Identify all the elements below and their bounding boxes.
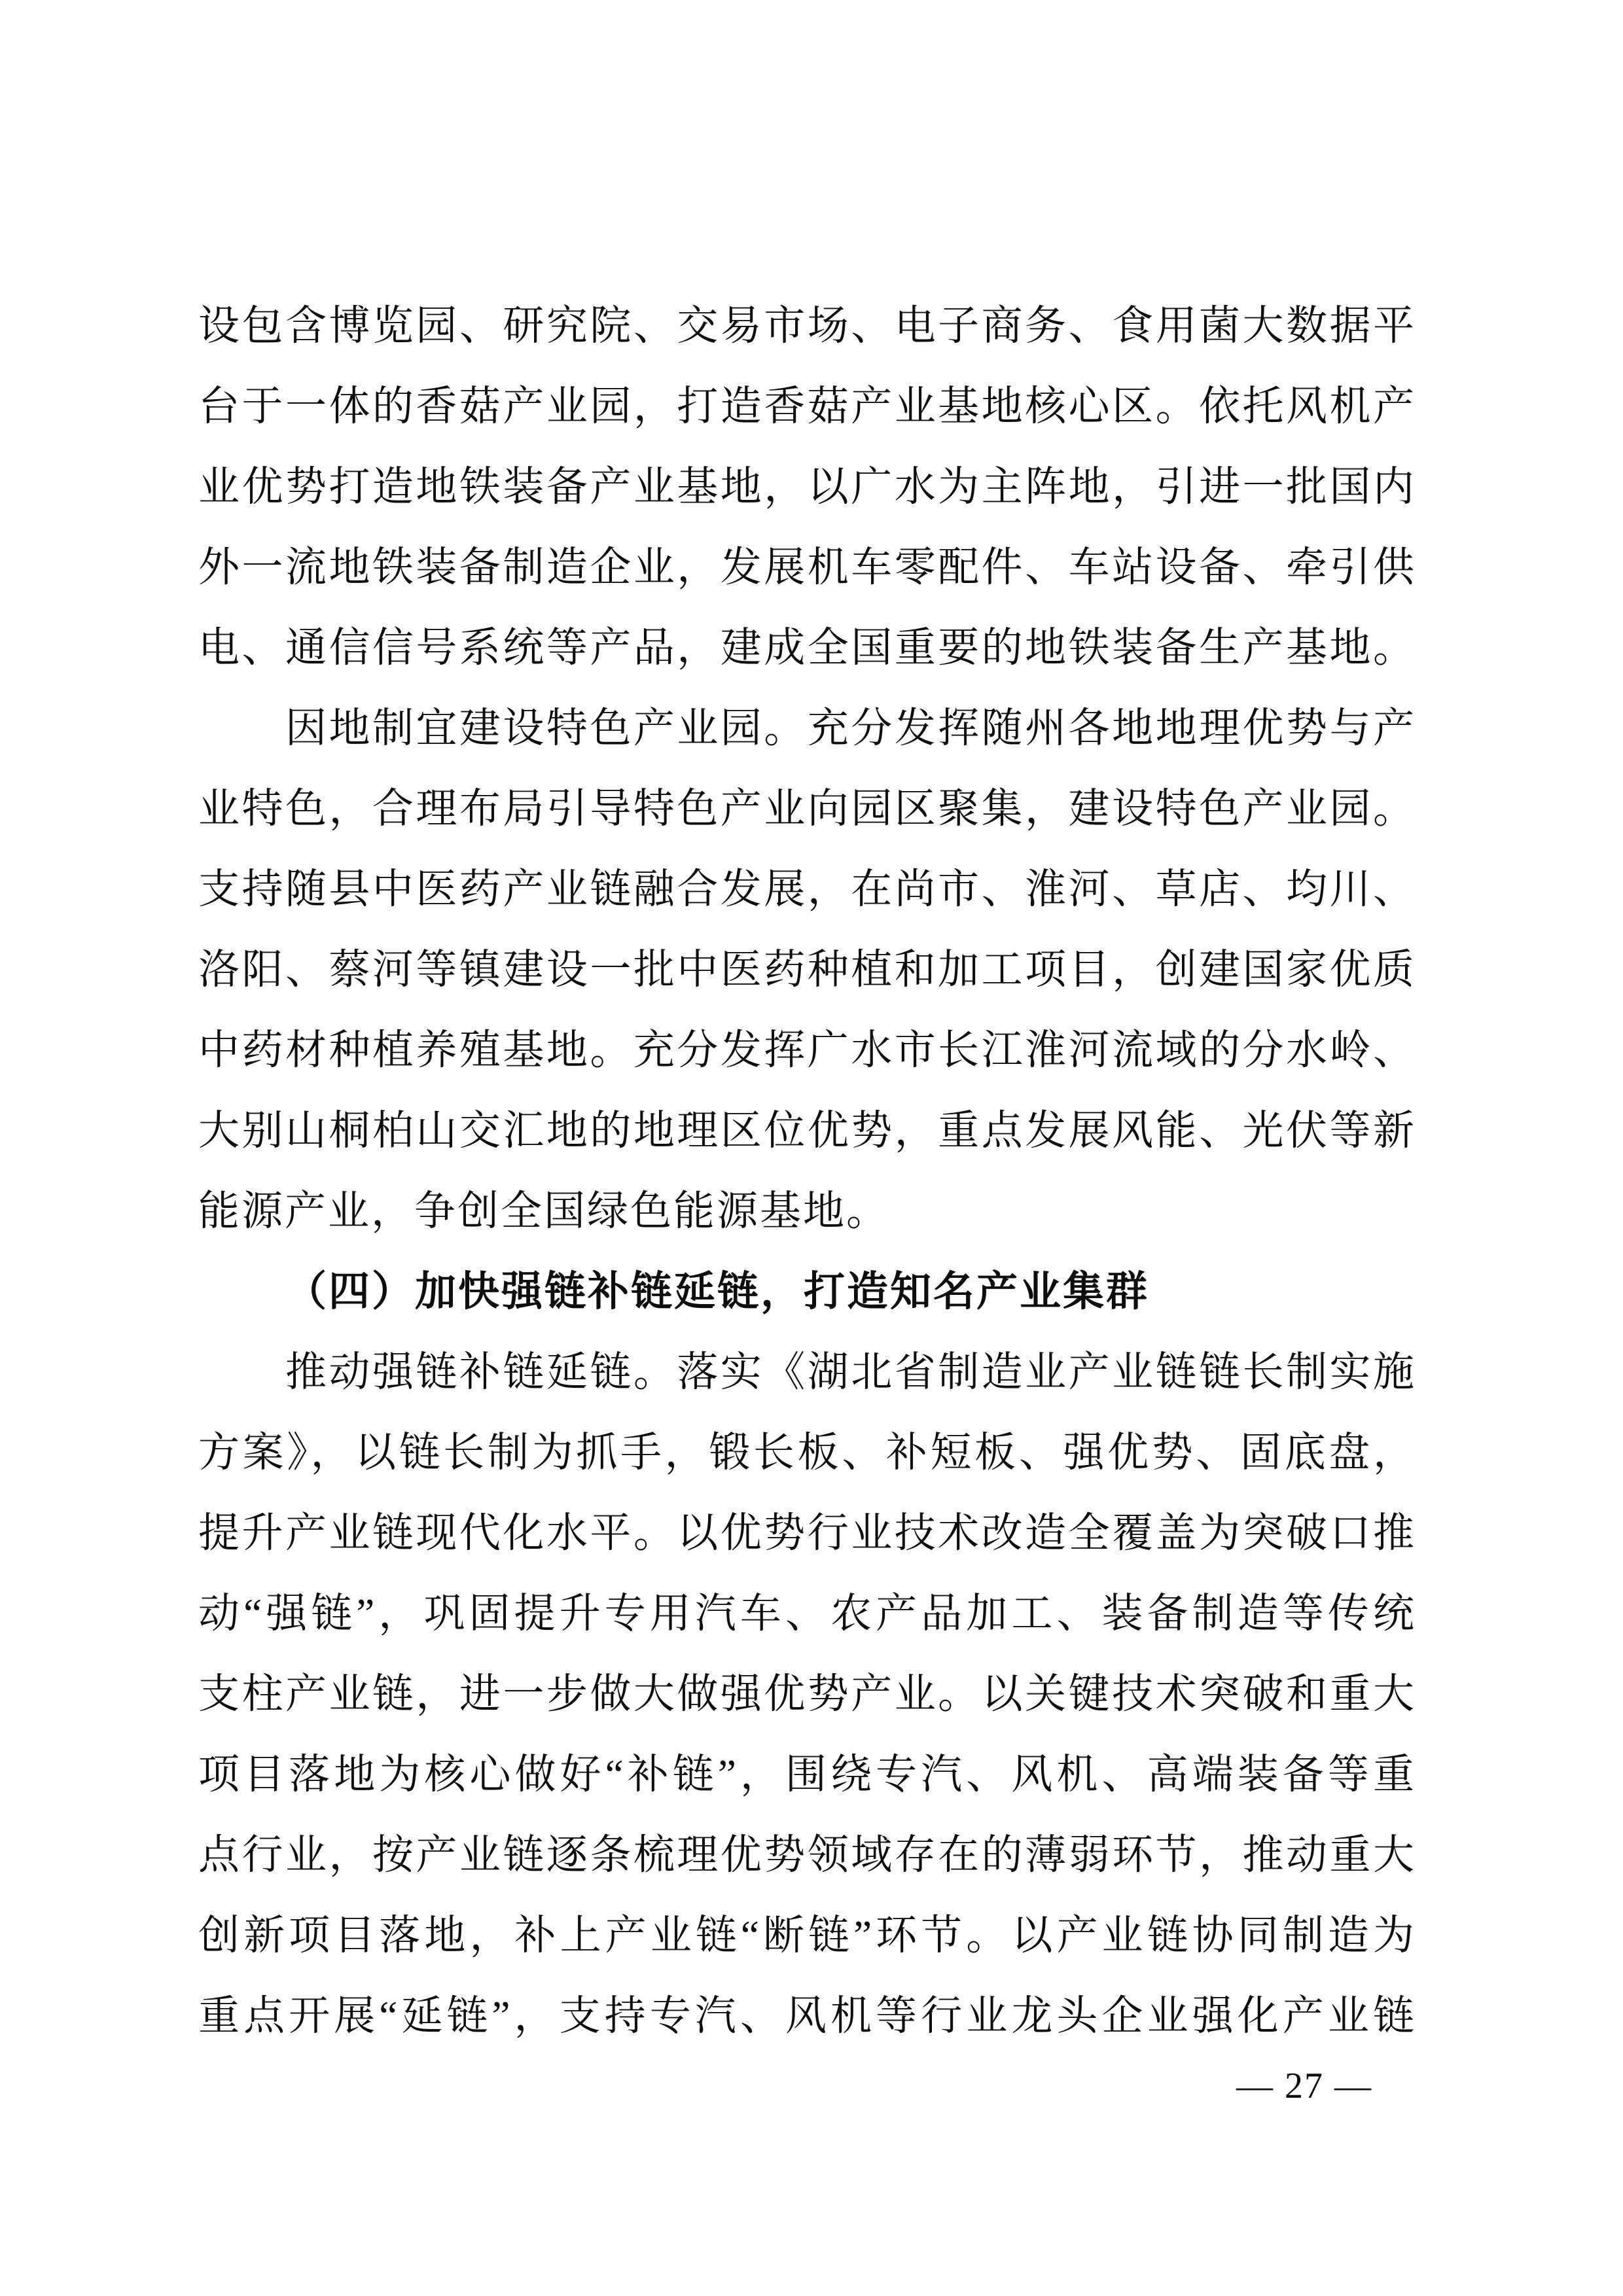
text-line: 设包含博览园、研究院、交易市场、电子商务、食用菌大数据平 — [198, 286, 1414, 366]
text-line: 业优势打造地铁装备产业基地，以广水为主阵地，引进一批国内 — [198, 447, 1414, 527]
text-line: 业特色，合理布局引导特色产业向园区聚集，建设特色产业园。 — [198, 769, 1414, 849]
text-line: 点行业，按产业链逐条梳理优势领域存在的薄弱环节，推动重大 — [198, 1815, 1414, 1896]
body-text-block: 设包含博览园、研究院、交易市场、电子商务、食用菌大数据平台于一体的香菇产业园，打… — [198, 286, 1414, 2057]
text-line: 洛阳、蔡河等镇建设一批中医药种植和加工项目，创建国家优质 — [198, 930, 1414, 1010]
text-line: 大别山桐柏山交汇地的地理区位优势，重点发展风能、光伏等新 — [198, 1091, 1414, 1171]
text-line: 外一流地铁装备制造企业，发展机车零配件、车站设备、牵引供 — [198, 527, 1414, 608]
section-heading: （四）加快强链补链延链，打造知名产业集群 — [198, 1252, 1414, 1332]
text-line: 提升产业链现代化水平。以优势行业技术改造全覆盖为突破口推 — [198, 1493, 1414, 1574]
document-page: 设包含博览园、研究院、交易市场、电子商务、食用菌大数据平台于一体的香菇产业园，打… — [0, 0, 1623, 2296]
text-line: 台于一体的香菇产业园，打造香菇产业基地核心区。依托风机产 — [198, 366, 1414, 447]
text-line: 创新项目落地，补上产业链“断链”环节。以产业链协同制造为 — [198, 1896, 1414, 1976]
text-line: 方案》，以链长制为抓手，锻长板、补短板、强优势、固底盘， — [198, 1413, 1414, 1493]
text-line: 能源产业，争创全国绿色能源基地。 — [198, 1171, 1414, 1252]
text-line: 项目落地为核心做好“补链”，围绕专汽、风机、高端装备等重 — [198, 1735, 1414, 1815]
text-line: 动“强链”，巩固提升专用汽车、农产品加工、装备制造等传统 — [198, 1574, 1414, 1654]
text-line: 支持随县中医药产业链融合发展，在尚市、淮河、草店、均川、 — [198, 849, 1414, 930]
text-line: 因地制宜建设特色产业园。充分发挥随州各地地理优势与产 — [198, 688, 1414, 769]
text-line: 电、通信信号系统等产品，建成全国重要的地铁装备生产基地。 — [198, 608, 1414, 688]
text-line: 重点开展“延链”，支持专汽、风机等行业龙头企业强化产业链 — [198, 1976, 1414, 2057]
text-line: 中药材种植养殖基地。充分发挥广水市长江淮河流域的分水岭、 — [198, 1010, 1414, 1091]
page-number: — 27 — — [1236, 2065, 1372, 2107]
text-line: 支柱产业链，进一步做大做强优势产业。以关键技术突破和重大 — [198, 1654, 1414, 1735]
text-line: 推动强链补链延链。落实《湖北省制造业产业链链长制实施 — [198, 1332, 1414, 1413]
